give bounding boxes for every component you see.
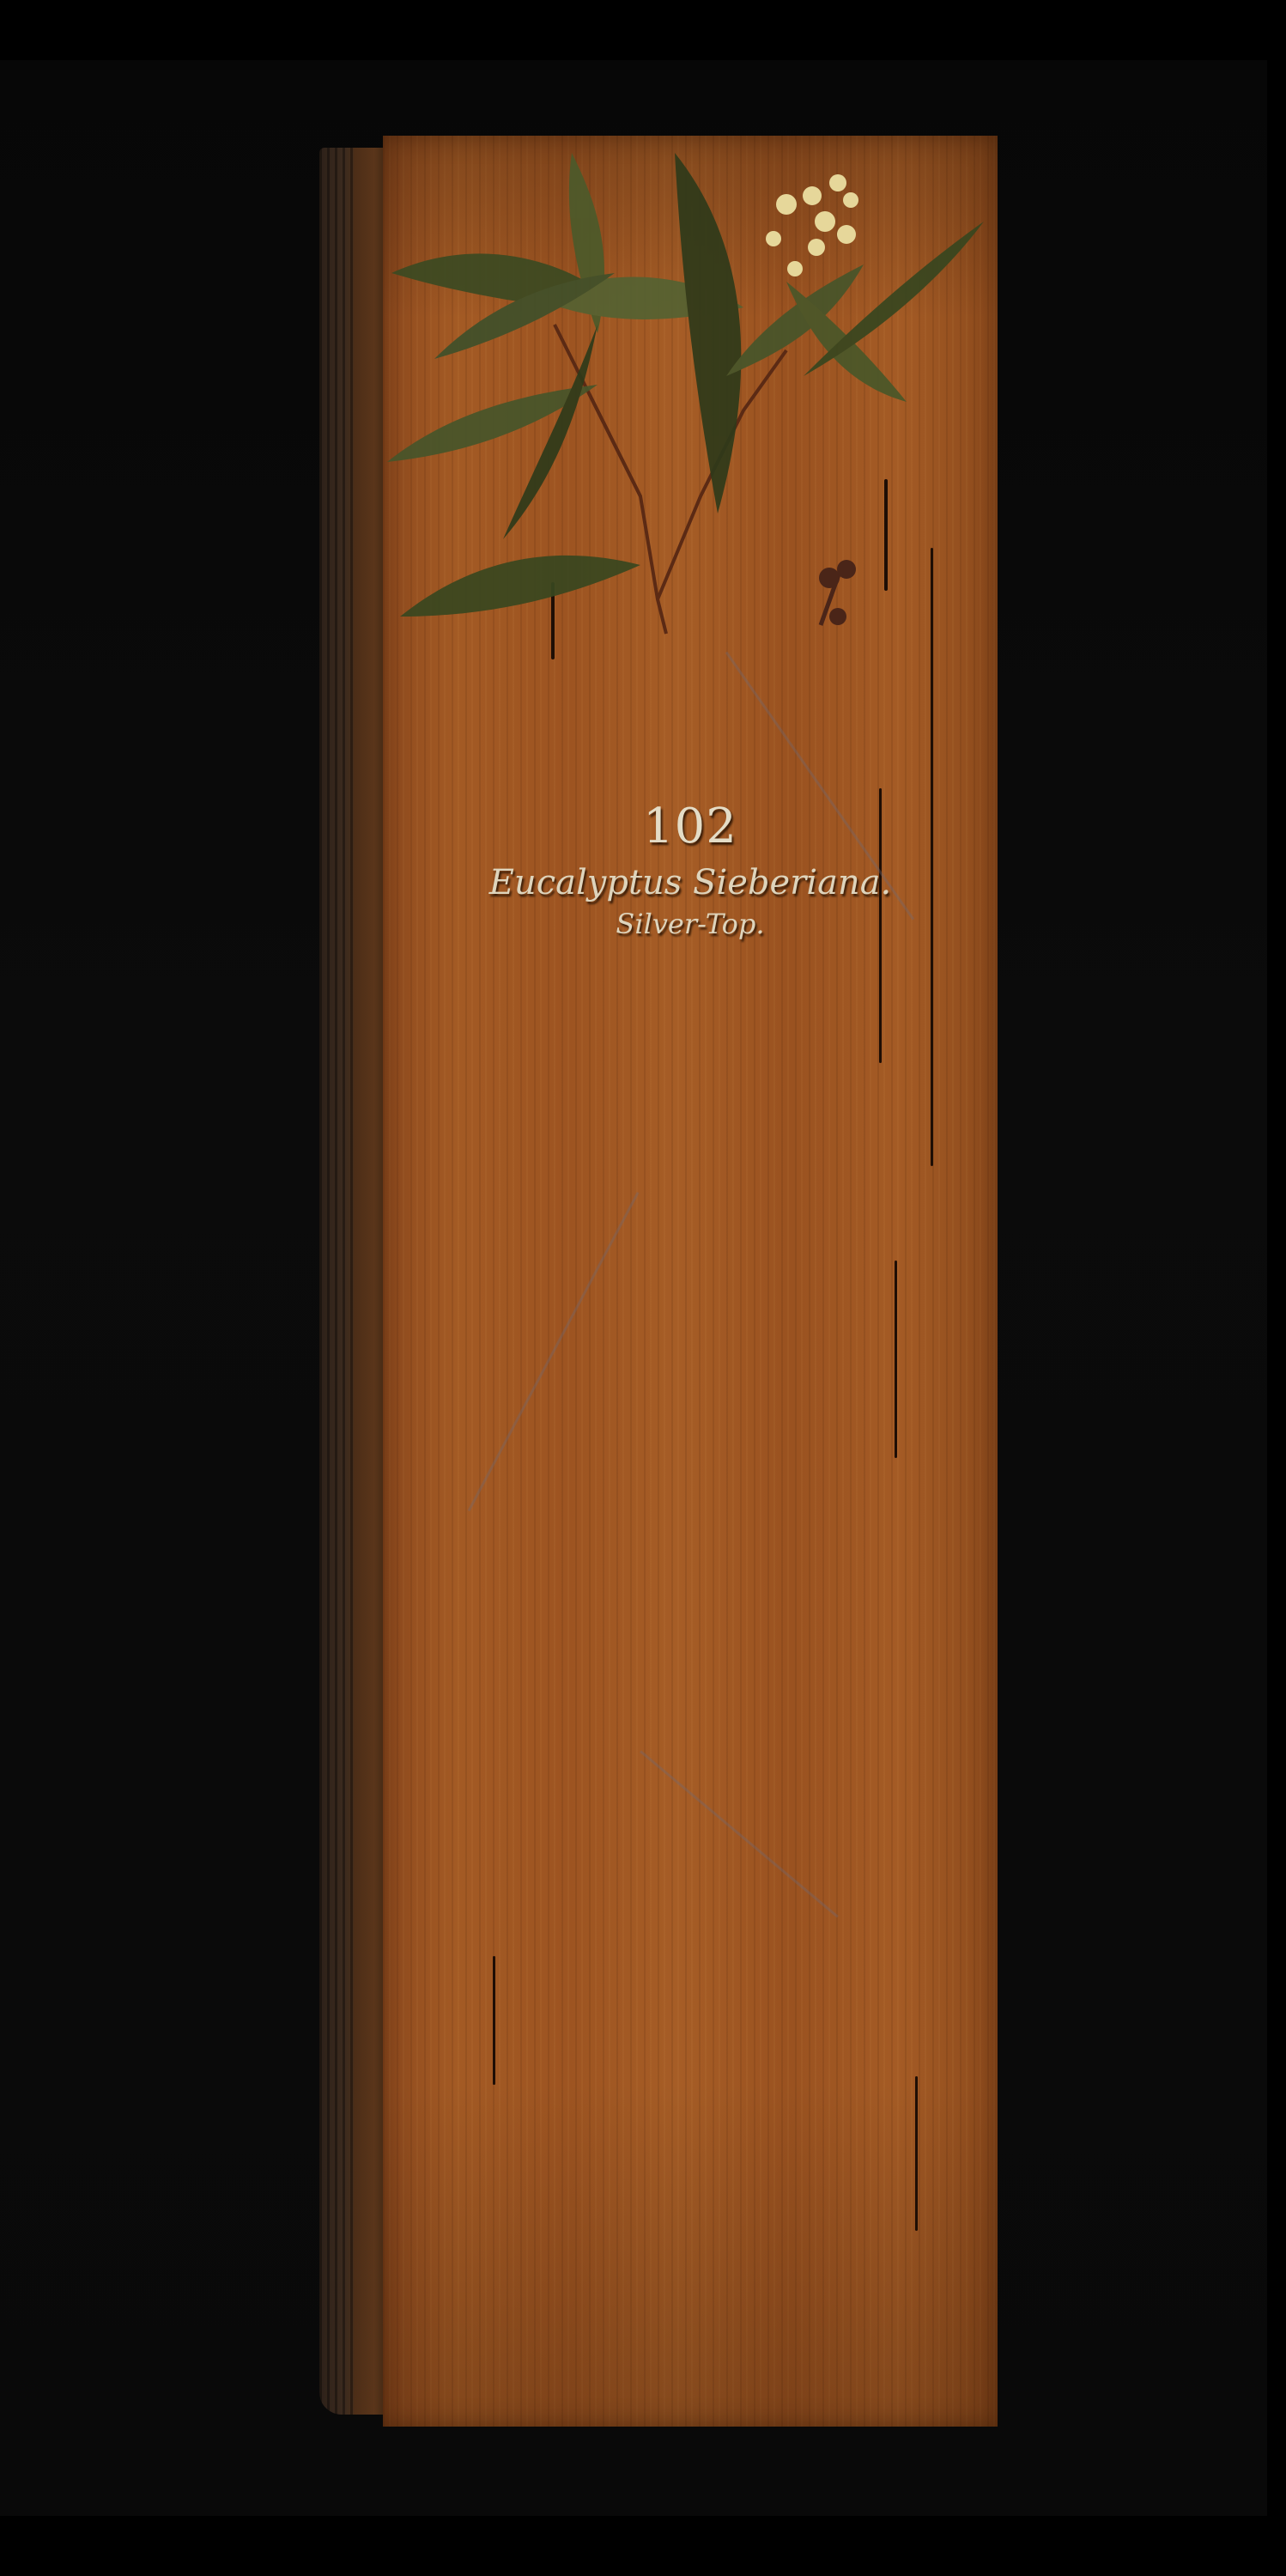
bark-edge [319, 148, 388, 2415]
scratch [640, 1750, 839, 1917]
specimen-label: 102 Eucalyptus Sieberiana. Silver-Top. [383, 799, 998, 940]
stem-icon [555, 325, 786, 634]
gumnut-icon [819, 560, 856, 625]
crack [915, 2076, 918, 2231]
species-name: Eucalyptus Sieberiana. [383, 863, 998, 902]
scratch [468, 1192, 640, 1511]
leaf-icon [387, 153, 984, 617]
blossom-icon [766, 174, 858, 276]
eucalyptus-painting [383, 136, 998, 685]
specimen-number: 102 [383, 799, 998, 854]
crack [493, 1956, 495, 2085]
crack [895, 1261, 897, 1458]
common-name: Silver-Top. [383, 908, 998, 940]
